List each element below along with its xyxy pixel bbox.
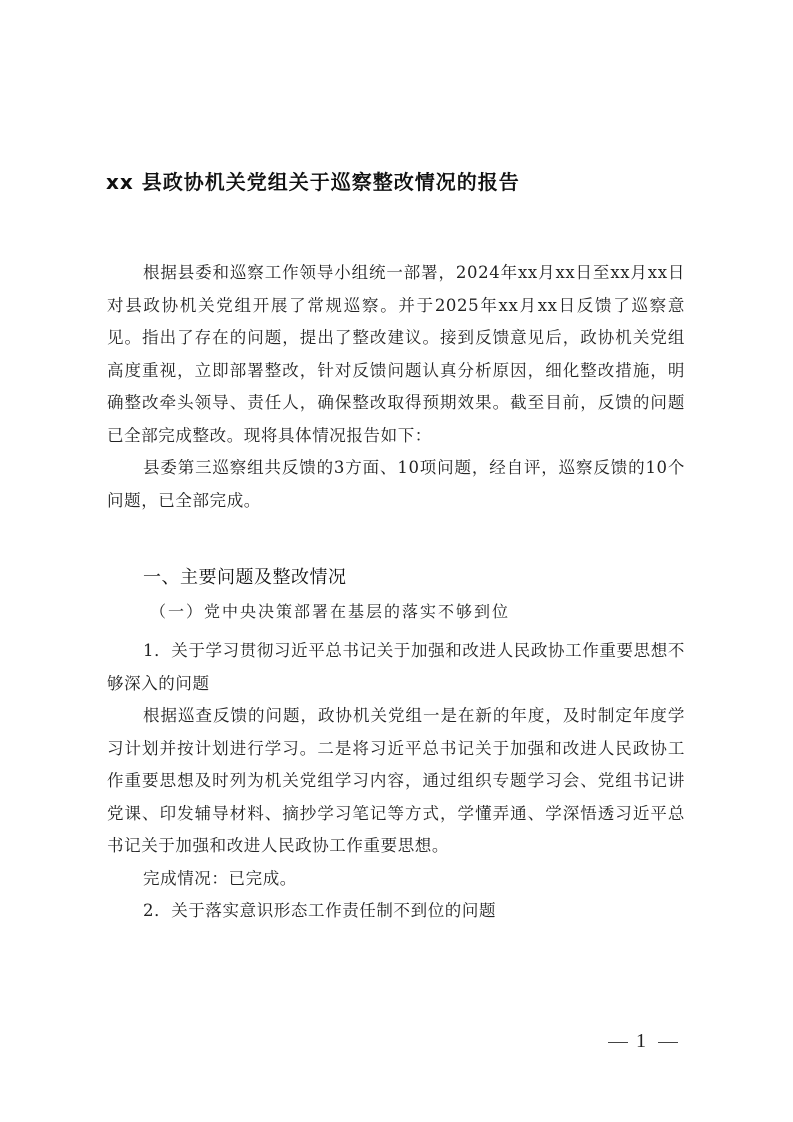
item-1-status: 完成情况：已完成。 (107, 863, 685, 896)
dash-left (608, 1042, 628, 1043)
intro-section: 根据县委和巡察工作领导小组统一部署，2024年xx月xx日至xx月xx日对县政协… (107, 257, 685, 517)
document-page: xx 县政协机关党组关于巡察整改情况的报告 根据县委和巡察工作领导小组统一部署，… (0, 0, 793, 1122)
page-number-value: 1 (636, 1030, 650, 1052)
intro-paragraph-2: 县委第三巡察组共反馈的3方面、10项问题，经自评，巡察反馈的10个问题，已全部完… (107, 452, 685, 517)
item-2-heading: 2．关于落实意识形态工作责任制不到位的问题 (107, 895, 685, 928)
item-1-heading: 1．关于学习贯彻习近平总书记关于加强和改进人民政协工作重要思想不够深入的问题 (107, 635, 685, 700)
item-1-section: 1．关于学习贯彻习近平总书记关于加强和改进人民政协工作重要思想不够深入的问题 根… (107, 635, 685, 928)
section-heading-main-issues: 一、主要问题及整改情况 (143, 563, 347, 589)
document-title: xx 县政协机关党组关于巡察整改情况的报告 (106, 166, 520, 195)
intro-paragraph-1: 根据县委和巡察工作领导小组统一部署，2024年xx月xx日至xx月xx日对县政协… (107, 257, 685, 452)
item-1-body: 根据巡查反馈的问题，政协机关党组一是在新的年度，及时制定年度学习计划并按计划进行… (107, 700, 685, 863)
page-number: 1 (600, 1030, 686, 1053)
subsection-heading-1: （一）党中央决策部署在基层的落实不够到位 (150, 599, 510, 622)
dash-right (658, 1042, 678, 1043)
